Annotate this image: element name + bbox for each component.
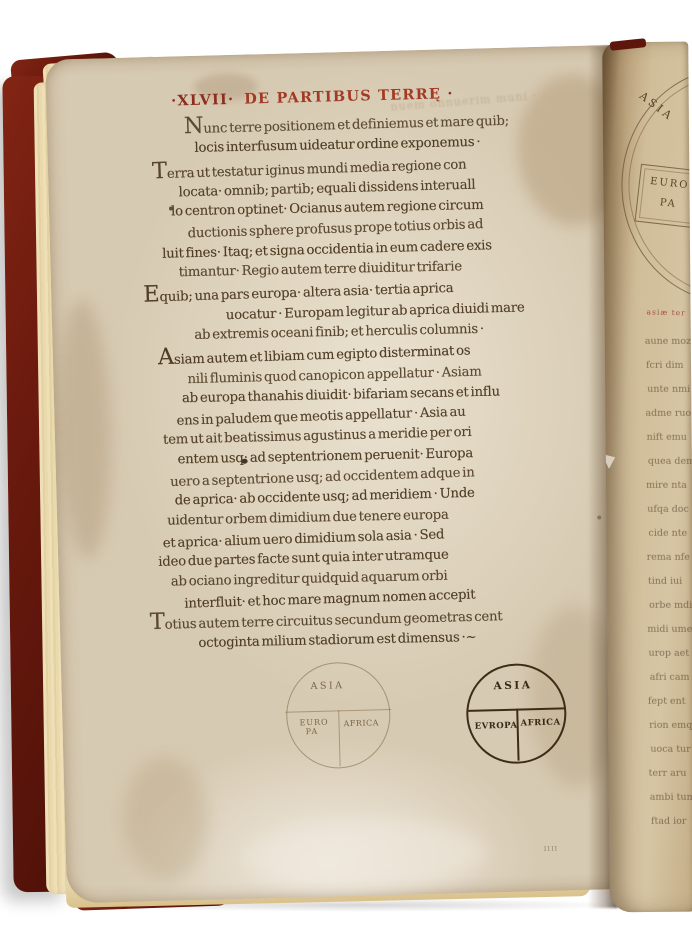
clipped-text-line: uoca tur bbox=[650, 738, 692, 762]
chapter-number: ·XLVII· bbox=[171, 91, 234, 110]
clipped-text-line: unte nmi bbox=[647, 378, 691, 402]
clipped-text-line: ftad ior bbox=[651, 810, 692, 834]
manuscript-photo: { "meta": { "description": "Photograph o… bbox=[0, 0, 692, 943]
manuscript-page: nuem onnuerim muni · ·XLVII·DE PARTIBUS … bbox=[45, 45, 651, 904]
body-text: Nunc terre positionem et definiemus et m… bbox=[129, 107, 643, 658]
parchment-stain bbox=[245, 817, 487, 895]
clipped-text-line: aune moz bbox=[645, 330, 691, 354]
europa-box: EURO PA bbox=[635, 164, 692, 230]
clipped-text-line: cide nte bbox=[648, 522, 692, 546]
clipped-text-line: nift emu bbox=[647, 426, 692, 450]
asia-label: ASIA bbox=[493, 679, 532, 692]
rubric-fragment: asiæ ter bbox=[646, 307, 685, 317]
text-block: ·XLVII·DE PARTIBUS TERRĘ · Nunc terre po… bbox=[128, 81, 643, 658]
clipped-text-line: ambi tum bbox=[650, 786, 692, 810]
to-map-sketch: ASIA EURO PA AFRICA bbox=[285, 661, 392, 770]
africa-label: AFRICA bbox=[520, 718, 560, 729]
asia-label: ASIA bbox=[310, 680, 344, 692]
africa-label: AFRICA bbox=[343, 718, 379, 728]
clipped-text-line: midi ume bbox=[647, 618, 692, 642]
facing-page-edge: ASIA EURO PA asiæ ter aune mozfcri dimun… bbox=[602, 42, 692, 913]
europa-label: EVROPA bbox=[475, 721, 518, 732]
clipped-text-line: terr aru bbox=[649, 762, 692, 786]
clipped-text-line: adme ruo bbox=[645, 402, 691, 426]
clipped-text-line: ufqa doc bbox=[647, 498, 692, 522]
clipped-text-line: orbe mdi bbox=[649, 594, 692, 618]
parchment-stain bbox=[55, 298, 114, 559]
clipped-text-line: mire nta bbox=[646, 474, 692, 498]
quire-mark: IIII bbox=[544, 845, 558, 853]
clipped-text-line: rema nfe bbox=[647, 546, 692, 570]
clipped-text-line: urop aet bbox=[649, 642, 692, 666]
clipped-text-line: tind iui bbox=[648, 570, 692, 594]
parchment-stain bbox=[121, 756, 208, 882]
clipped-text-line: quea dem bbox=[648, 450, 692, 474]
clipped-text-column: aune mozfcri dimunte nmiadme ruonift emu… bbox=[645, 330, 692, 834]
clipped-text-line: fept ent bbox=[648, 690, 692, 714]
clipped-text-line: afri cam bbox=[650, 666, 692, 690]
to-map-vertical-bar bbox=[338, 710, 340, 766]
clipped-text-line: fcri dim bbox=[646, 354, 691, 378]
clipped-text-line: rion emq bbox=[649, 714, 692, 738]
europa-label: EURO bbox=[650, 176, 690, 191]
europa-label: EURO PA bbox=[299, 718, 329, 737]
rubric-end-mark: · bbox=[447, 85, 454, 102]
to-map-vertical-bar bbox=[516, 709, 519, 761]
chapter-title: DE PARTIBUS TERRĘ bbox=[244, 85, 441, 107]
